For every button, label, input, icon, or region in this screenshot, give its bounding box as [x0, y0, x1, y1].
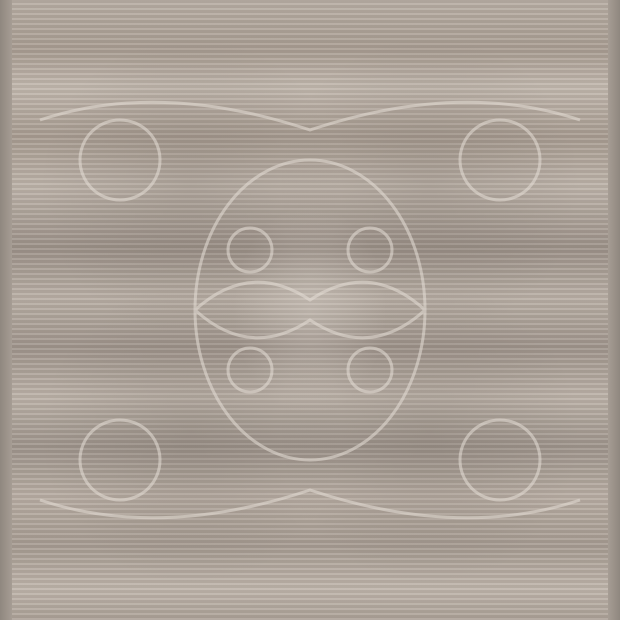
scrollwork-pattern: [0, 0, 620, 620]
rug-image: [0, 0, 620, 620]
